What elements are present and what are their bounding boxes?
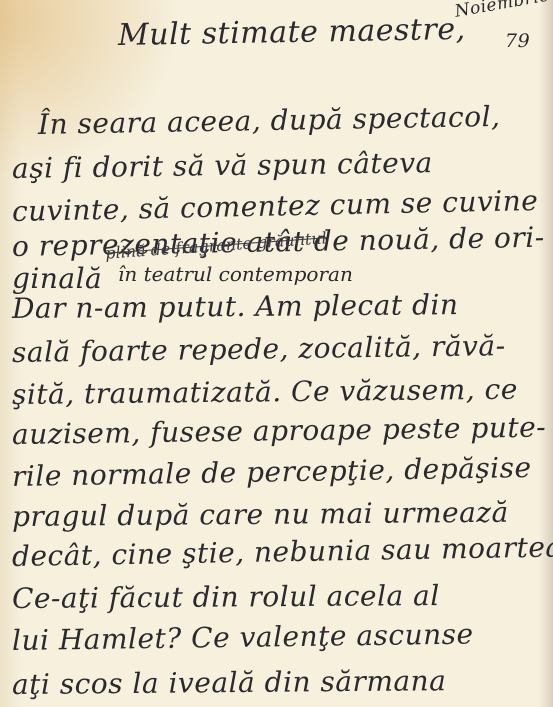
- letter-line-7: sală foarte repede, zocalită, răvă-: [12, 329, 506, 369]
- letter-line-12: decât, cine ştie, nebunia sau moartea: [12, 530, 553, 573]
- letter-line-15: aţi scos la iveală din sărmana: [12, 664, 447, 701]
- letter-line-10: rile normale de percepţie, depăşise: [12, 451, 532, 493]
- letter-line-13: Ce-aţi făcut din rolul acela al: [12, 579, 440, 615]
- letter-line-14: lui Hamlet? Ce valenţe ascunse: [12, 618, 474, 657]
- letter-line-5: ginală: [12, 262, 102, 295]
- letter-date-month: Noiembrie: [453, 0, 551, 22]
- inserted-phrase: în teatrul contemporan: [118, 262, 353, 286]
- letter-page: Mult stimate maestre, Noiembrie 79 În se…: [0, 0, 553, 707]
- letter-line-8: şită, traumatizată. Ce văzusem, ce: [12, 373, 518, 411]
- letter-line-2: aşi fi dorit să vă spun câteva: [12, 146, 433, 185]
- letter-greeting: Mult stimate maestre,: [118, 12, 466, 53]
- letter-line-11: pragul după care nu mai urmează: [12, 496, 509, 533]
- letter-line-6: Dar n-am putut. Am plecat din: [12, 288, 459, 325]
- letter-line-9: auzisem, fusese aproape peste pute-: [12, 411, 547, 451]
- letter-date-year: 79: [505, 30, 530, 52]
- letter-line-1: În seara aceea, după spectacol,: [38, 100, 501, 141]
